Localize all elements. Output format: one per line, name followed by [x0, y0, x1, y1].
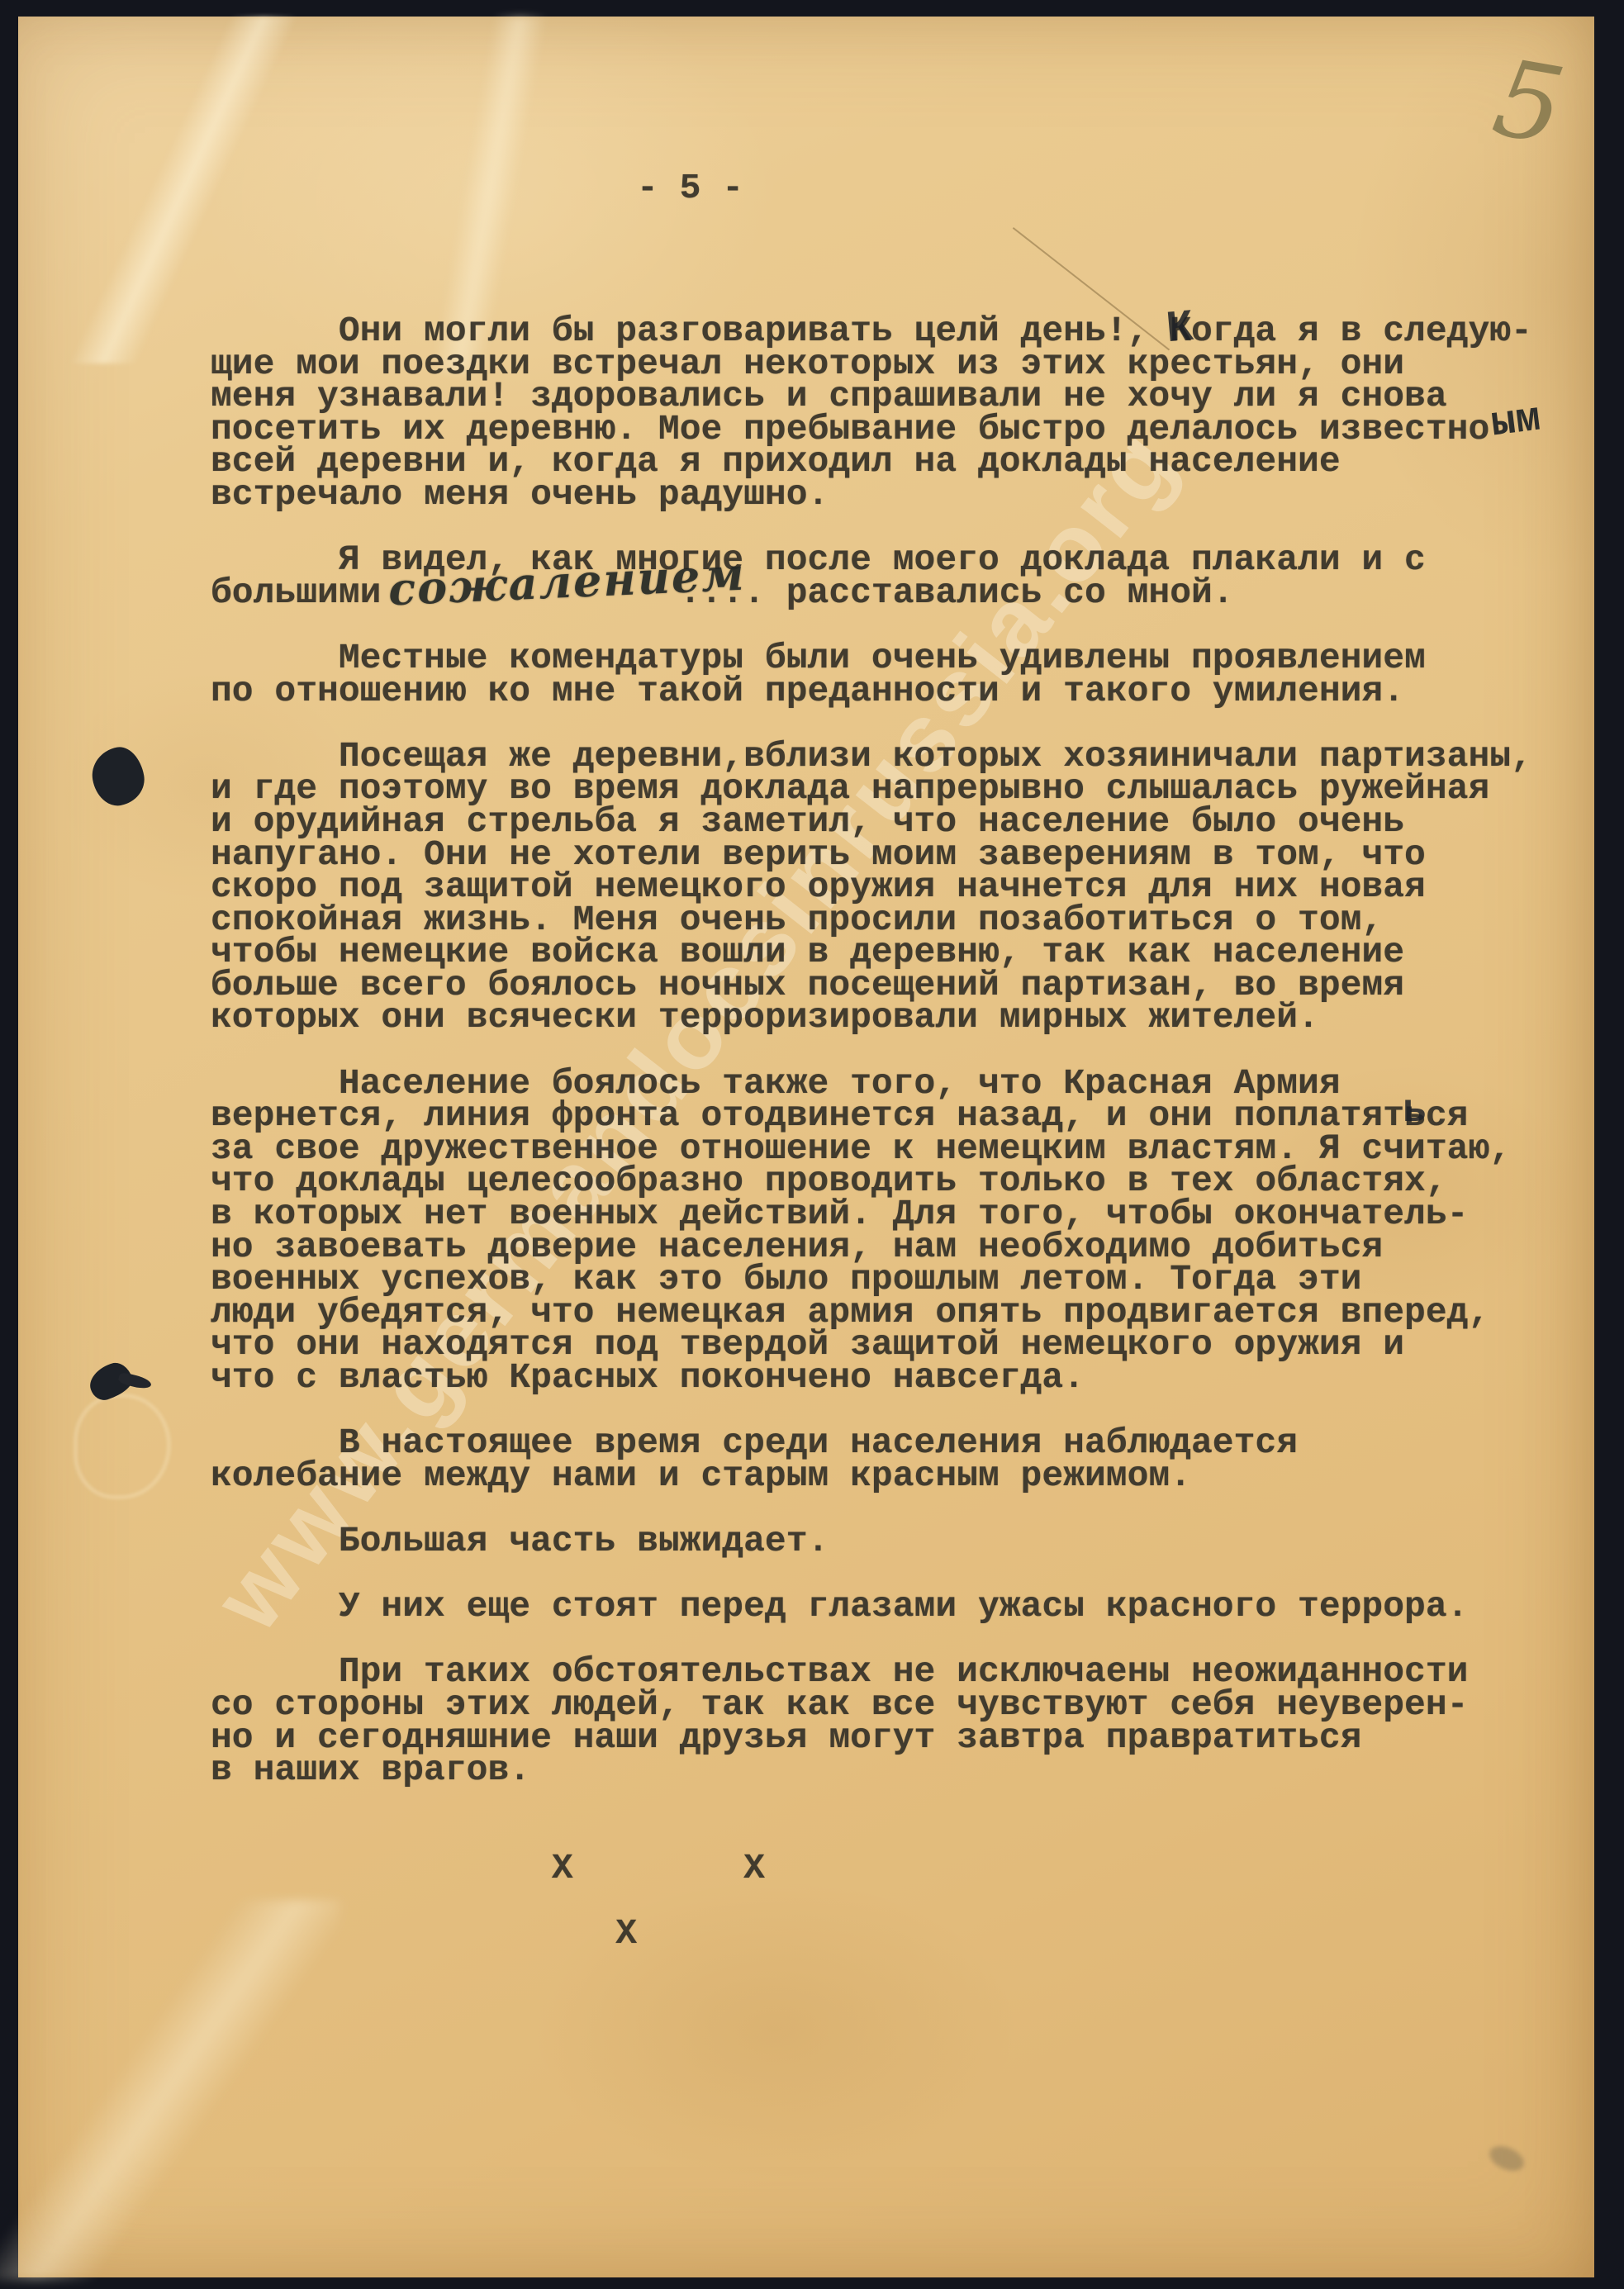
x-separator-row: Х — [211, 1917, 1615, 1950]
crease-mark — [0, 1900, 340, 2280]
paragraph: В настоящее время среди населения наблюд… — [211, 1427, 1615, 1492]
handwritten-page-number: 5 — [1485, 36, 1573, 169]
ink-blot — [88, 743, 148, 810]
x-separator-row: Х Х — [211, 1852, 1615, 1885]
document-page: www.germandocsinrussia.org - 5 - 5 Они м… — [18, 17, 1594, 2277]
handwritten-suffix-correction: ым — [1489, 396, 1544, 449]
paper-damage-ring — [74, 1394, 170, 1498]
pencil-smudge — [1486, 2141, 1528, 2176]
paragraph: Посещая же деревни,вблизи которых хозяин… — [211, 740, 1615, 1034]
handwritten-correction-capital-k: К — [1164, 303, 1195, 356]
paragraph: Они могли бы разговаривать целй день!, К… — [211, 315, 1615, 511]
paragraph: При таких обстоятельствах не исключаены … — [211, 1655, 1615, 1786]
paragraph: Местные комендатуры были очень удивлены … — [211, 642, 1615, 707]
handwritten-soft-sign-correction: ь — [1403, 1089, 1427, 1133]
paragraph: У них еще стоят перед глазами ужасы крас… — [211, 1590, 1615, 1623]
paragraph: Большая часть выжидает. — [211, 1525, 1615, 1558]
scanned-document: { "page": { "typed_number": "- 5 -", "ha… — [0, 0, 1624, 2289]
typed-page-number: - 5 - — [637, 172, 743, 205]
